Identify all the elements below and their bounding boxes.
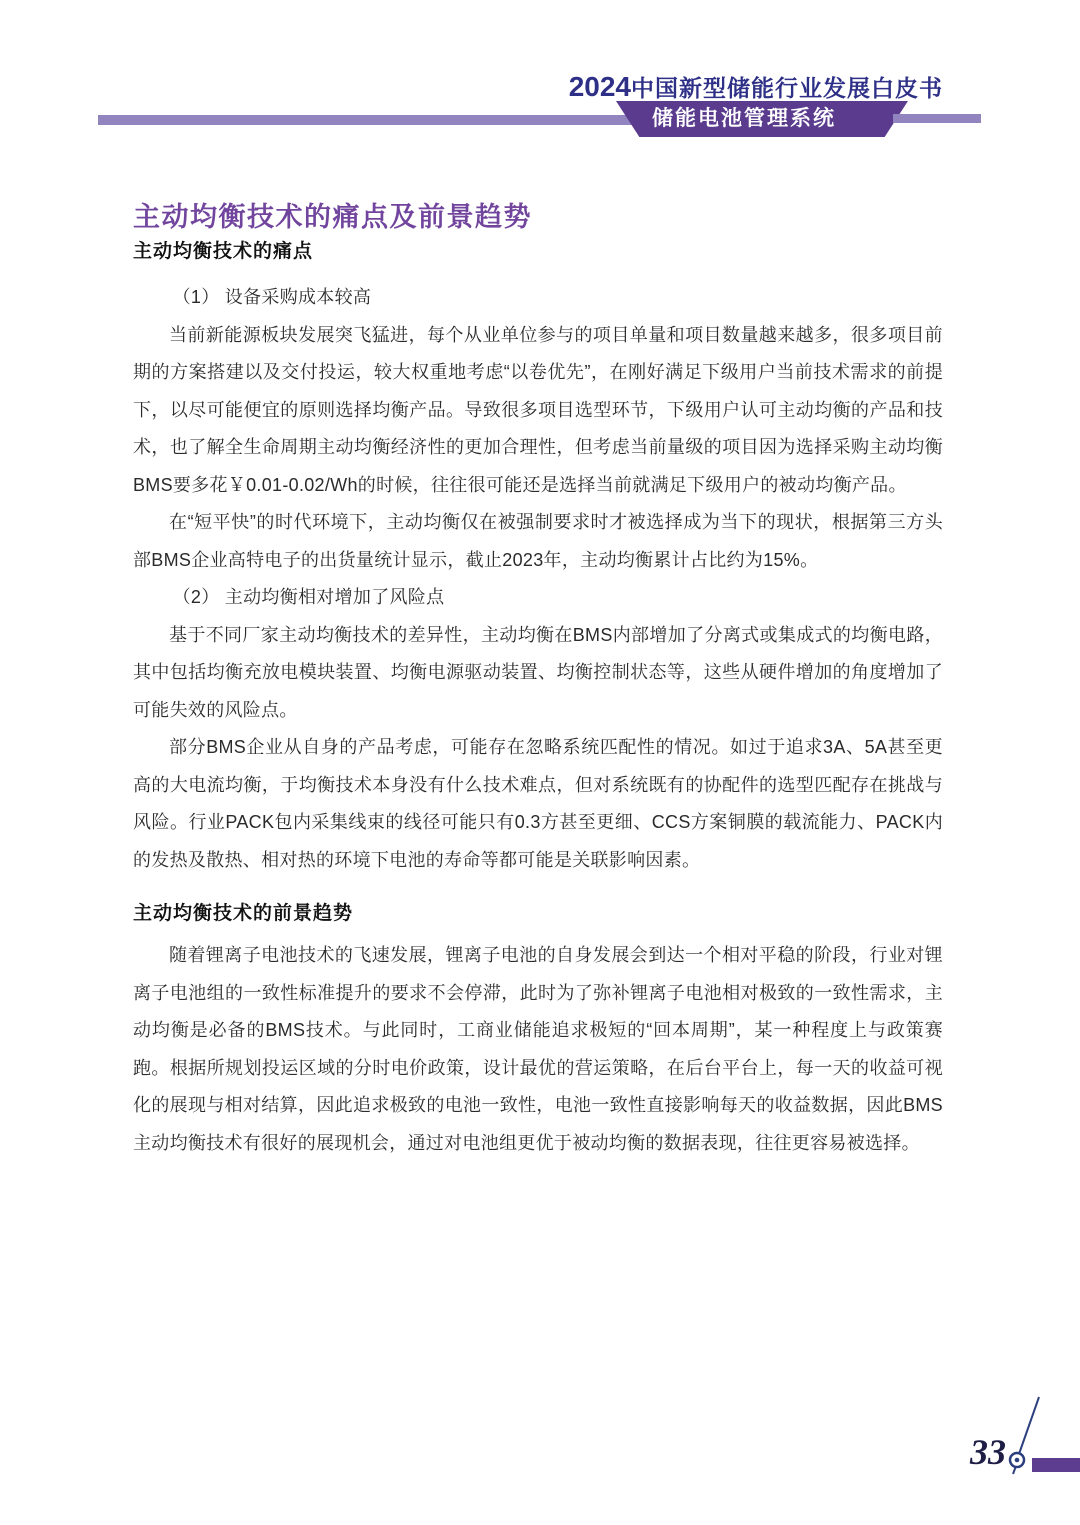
report-title-year: 2024 [569, 71, 631, 102]
paragraph: 随着锂离子电池技术的飞速发展，锂离子电池的自身发展会到达一个相对平稳的阶段，行业… [133, 937, 943, 1162]
page-number: 33 [970, 1434, 1006, 1470]
footer-bar [1032, 1458, 1080, 1472]
paragraph: 基于不同厂家主动均衡技术的差异性，主动均衡在BMS内部增加了分离式或集成式的均衡… [133, 617, 943, 730]
header-bar-left [98, 115, 638, 125]
subheading-pain-points: 主动均衡技术的痛点 [133, 239, 943, 265]
document-page: 2024中国新型储能行业发展白皮书 储能电池管理系统 主动均衡技术的痛点及前景趋… [0, 0, 1080, 1525]
report-title: 2024中国新型储能行业发展白皮书 [569, 70, 943, 103]
section-heading: 主动均衡技术的痛点及前景趋势 [133, 201, 943, 233]
chapter-banner: 储能电池管理系统 [616, 101, 908, 137]
page-footer: 33 [950, 1390, 1080, 1490]
article-body: 主动均衡技术的痛点及前景趋势 主动均衡技术的痛点 （1） 设备采购成本较高 当前… [133, 201, 943, 1162]
report-title-text: 中国新型储能行业发展白皮书 [631, 75, 943, 101]
paragraph: 当前新能源板块发展突飞猛进，每个从业单位参与的项目单量和项目数量越来越多，很多项… [133, 317, 943, 505]
numbered-item-2: （2） 主动均衡相对增加了风险点 [133, 579, 943, 617]
paragraph: 在“短平快”的时代环境下，主动均衡仅在被强制要求时才被选择成为当下的现状，根据第… [133, 504, 943, 579]
numbered-item-1: （1） 设备采购成本较高 [133, 279, 943, 317]
header-bar-right [893, 114, 981, 123]
subheading-trend: 主动均衡技术的前景趋势 [133, 901, 943, 927]
paragraph: 部分BMS企业从自身的产品考虑，可能存在忽略系统匹配性的情况。如过于追求3A、5… [133, 729, 943, 879]
